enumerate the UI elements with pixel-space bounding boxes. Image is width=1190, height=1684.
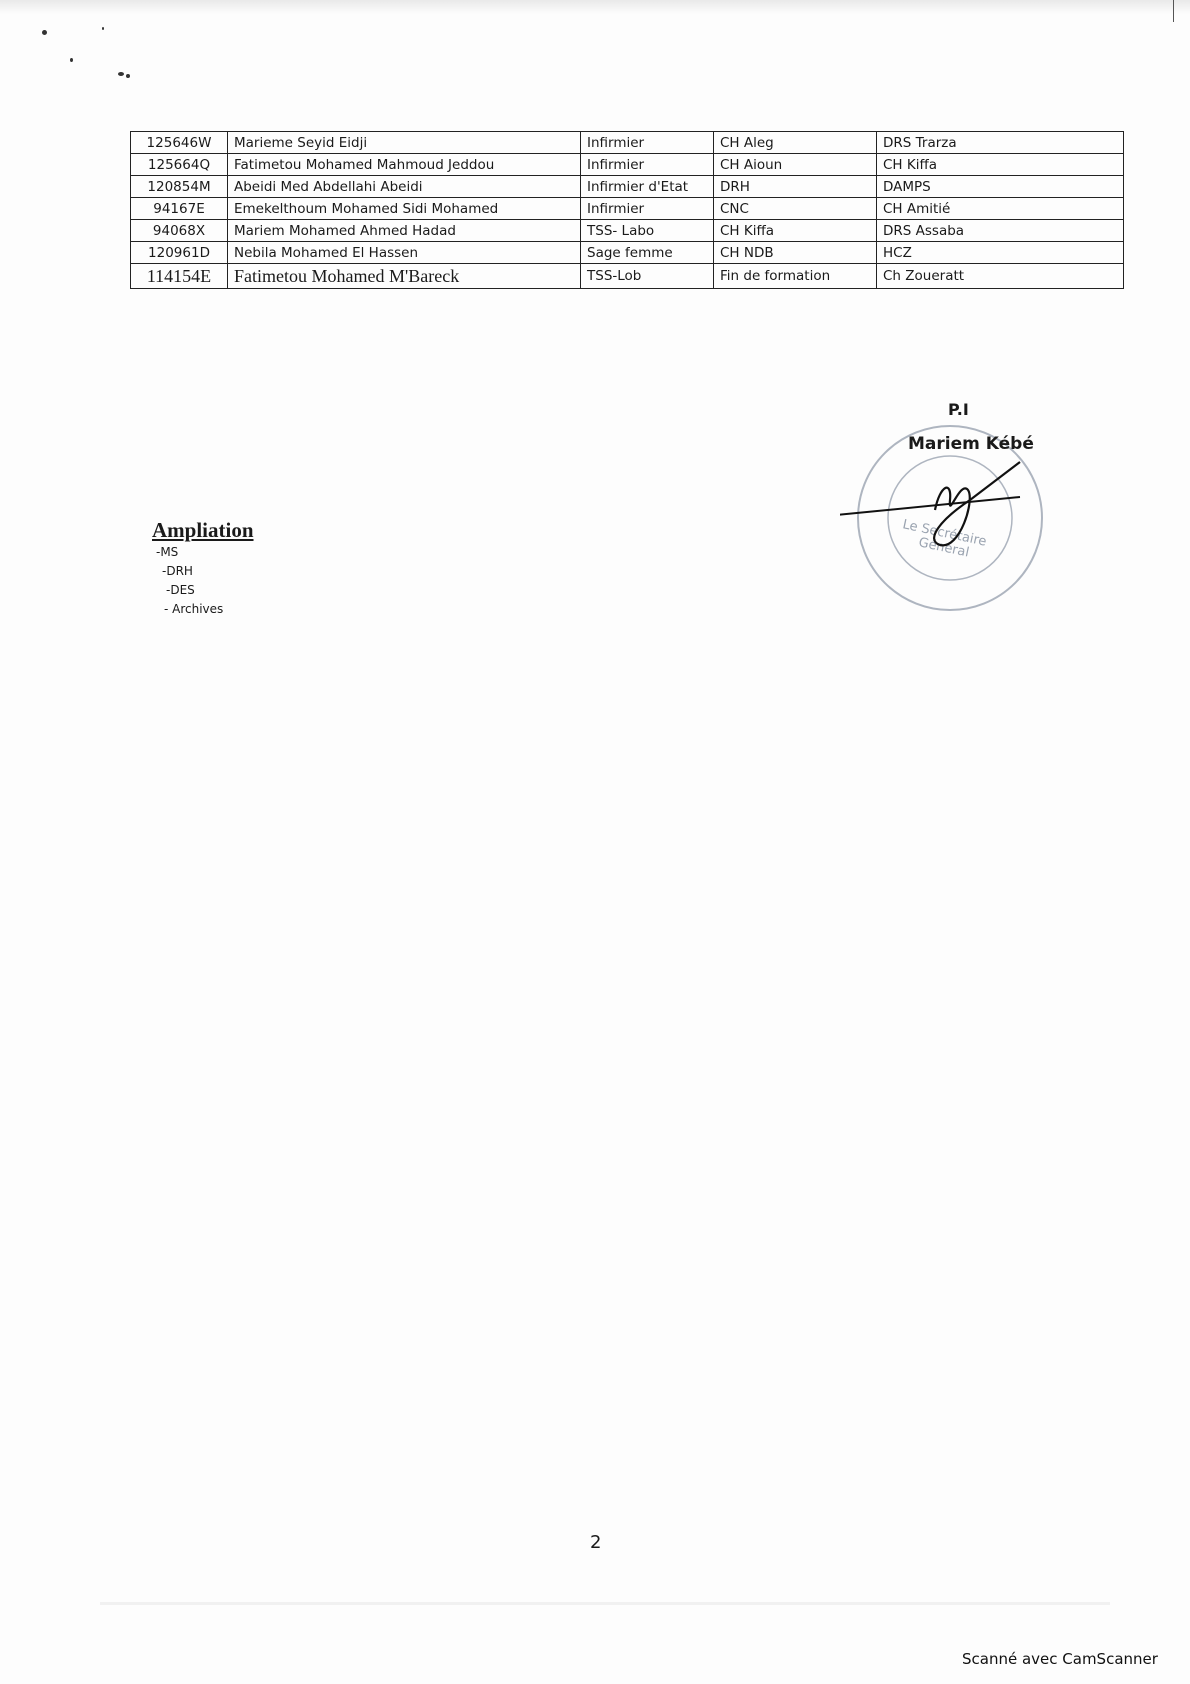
cell-name: Abeidi Med Abdellahi Abeidi: [228, 176, 581, 198]
page-number: 2: [590, 1532, 601, 1553]
cell-destination: Ch Zoueratt: [877, 264, 1124, 289]
cell-name: Marieme Seyid Eidji: [228, 132, 581, 154]
table-row: 120854MAbeidi Med Abdellahi AbeidiInfirm…: [131, 176, 1124, 198]
cell-function: Infirmier: [581, 154, 714, 176]
ampliation-item: - Archives: [164, 600, 254, 619]
ampliation-item: -DES: [166, 581, 254, 600]
ampliation-title: Ampliation: [152, 518, 254, 543]
cell-name: Fatimetou Mohamed Mahmoud Jeddou: [228, 154, 581, 176]
cell-destination: DAMPS: [877, 176, 1124, 198]
cell-destination: CH Amitié: [877, 198, 1124, 220]
scan-speck: [126, 74, 130, 78]
cell-matricule: 125664Q: [131, 154, 228, 176]
scan-speck: [102, 27, 104, 30]
cell-destination: CH Kiffa: [877, 154, 1124, 176]
cell-function: Infirmier d'Etat: [581, 176, 714, 198]
scan-edge: [0, 0, 1190, 14]
table-row: 120961DNebila Mohamed El HassenSage femm…: [131, 242, 1124, 264]
cell-name: Mariem Mohamed Ahmed Hadad: [228, 220, 581, 242]
table-row: 94068XMariem Mohamed Ahmed HadadTSS- Lab…: [131, 220, 1124, 242]
cell-matricule: 120961D: [131, 242, 228, 264]
signatory-name: Mariem Kébé: [908, 434, 1034, 454]
cell-function: Sage femme: [581, 242, 714, 264]
cell-matricule: 94068X: [131, 220, 228, 242]
cell-matricule: 114154E: [131, 264, 228, 289]
scan-edge-mark: [1173, 0, 1174, 22]
ampliation-block: Ampliation -MS -DRH -DES - Archives: [152, 518, 254, 619]
table-row: 94167EEmekelthoum Mohamed Sidi MohamedIn…: [131, 198, 1124, 220]
cell-name: Emekelthoum Mohamed Sidi Mohamed: [228, 198, 581, 220]
table-row: 125646WMarieme Seyid EidjiInfirmierCH Al…: [131, 132, 1124, 154]
cell-destination: DRS Assaba: [877, 220, 1124, 242]
table-row: 125664QFatimetou Mohamed Mahmoud JeddouI…: [131, 154, 1124, 176]
assignment-table: 125646WMarieme Seyid EidjiInfirmierCH Al…: [130, 131, 1124, 289]
cell-origin: CH Kiffa: [714, 220, 877, 242]
cell-name: Nebila Mohamed El Hassen: [228, 242, 581, 264]
cell-name: Fatimetou Mohamed M'Bareck: [228, 264, 581, 289]
cell-origin: DRH: [714, 176, 877, 198]
cell-origin: CNC: [714, 198, 877, 220]
cell-matricule: 120854M: [131, 176, 228, 198]
scan-artifact: [100, 1602, 1110, 1605]
cell-destination: DRS Trarza: [877, 132, 1124, 154]
cell-function: TSS-Lob: [581, 264, 714, 289]
cell-origin: CH Aleg: [714, 132, 877, 154]
cell-function: Infirmier: [581, 198, 714, 220]
cell-destination: HCZ: [877, 242, 1124, 264]
cell-matricule: 94167E: [131, 198, 228, 220]
table-row: 114154EFatimetou Mohamed M'BareckTSS-Lob…: [131, 264, 1124, 289]
scan-speck: [70, 58, 73, 62]
cell-matricule: 125646W: [131, 132, 228, 154]
ampliation-item: -MS: [156, 543, 254, 562]
cell-function: TSS- Labo: [581, 220, 714, 242]
signatory-prefix: P.I: [948, 400, 969, 419]
scanner-watermark: Scanné avec CamScanner: [962, 1650, 1158, 1668]
cell-origin: CH NDB: [714, 242, 877, 264]
cell-origin: Fin de formation: [714, 264, 877, 289]
signature-block: Le Secrétaire Général P.I Mariem Kébé: [840, 400, 1100, 630]
cell-origin: CH Aioun: [714, 154, 877, 176]
scan-speck: [42, 30, 47, 35]
cell-function: Infirmier: [581, 132, 714, 154]
scan-speck: [118, 72, 124, 76]
ampliation-item: -DRH: [162, 562, 254, 581]
